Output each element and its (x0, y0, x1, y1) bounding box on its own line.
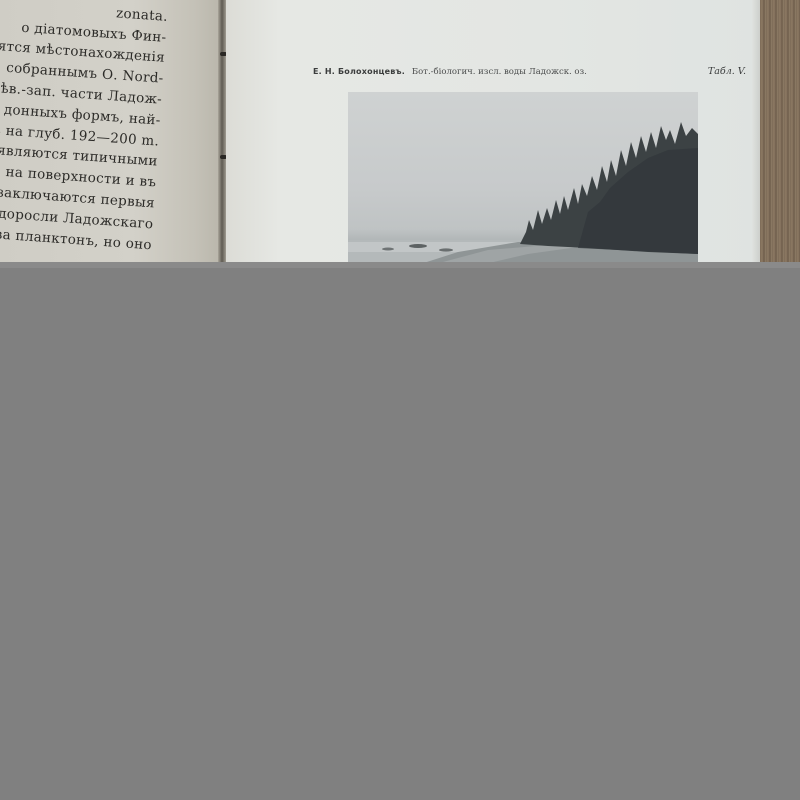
right-page: Е. Н. Болохонцевъ. Бот.-біологич. изсл. … (226, 0, 760, 262)
book-spread: ...ому озеру, онъ zonata. о діатомовыхъ … (0, 0, 800, 268)
running-head: Е. Н. Болохонцевъ. Бот.-біологич. изсл. … (313, 66, 746, 77)
wooden-surface (760, 0, 800, 262)
lake-forest-image (348, 92, 698, 268)
masked-region (0, 268, 800, 800)
plate-photograph (348, 92, 698, 268)
work-title: Бот.-біологич. изсл. воды Ладожск. оз. (412, 67, 587, 77)
plate-label: Табл. V. (708, 66, 746, 77)
left-page-text: ...ому озеру, онъ zonata. о діатомовыхъ … (0, 0, 170, 268)
left-page: ...ому озеру, онъ zonata. о діатомовыхъ … (0, 0, 222, 268)
author-name: Е. Н. Болохонцевъ. (313, 67, 405, 76)
